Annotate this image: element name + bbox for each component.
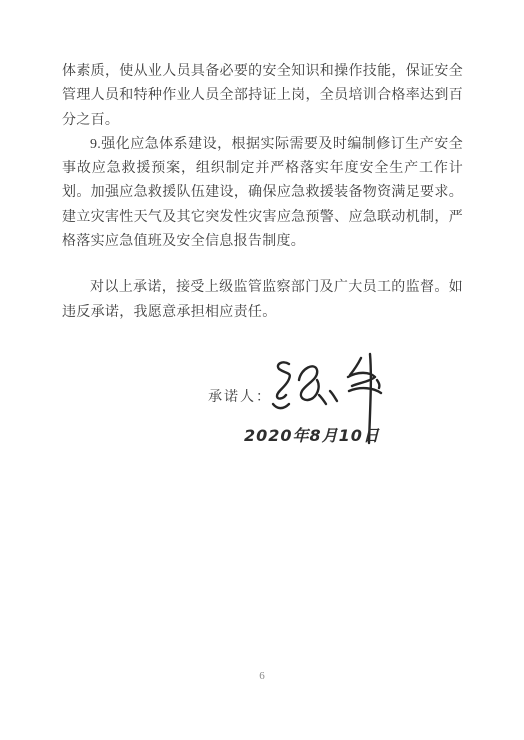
document-page: 体素质，使从业人员具备必要的安全知识和操作技能，保证安全管理人员和特种作业人员全… <box>0 0 524 740</box>
paragraph-closing: 对以上承诺，接受上级监管监察部门及广大员工的监督。如违反承诺，我愿意承担相应责任… <box>62 276 463 325</box>
signature-date: 2020年8月10日 <box>244 423 380 446</box>
paragraph-continuation: 体素质，使从业人员具备必要的安全知识和操作技能，保证安全管理人员和特种作业人员全… <box>62 60 463 133</box>
page-number: 6 <box>0 670 524 682</box>
paragraph-item-9: 9.强化应急体系建设，根据实际需要及时编制修订生产安全事故应急救援预案，组织制定… <box>62 133 463 254</box>
body-text: 体素质，使从业人员具备必要的安全知识和操作技能，保证安全管理人员和特种作业人员全… <box>62 60 463 325</box>
